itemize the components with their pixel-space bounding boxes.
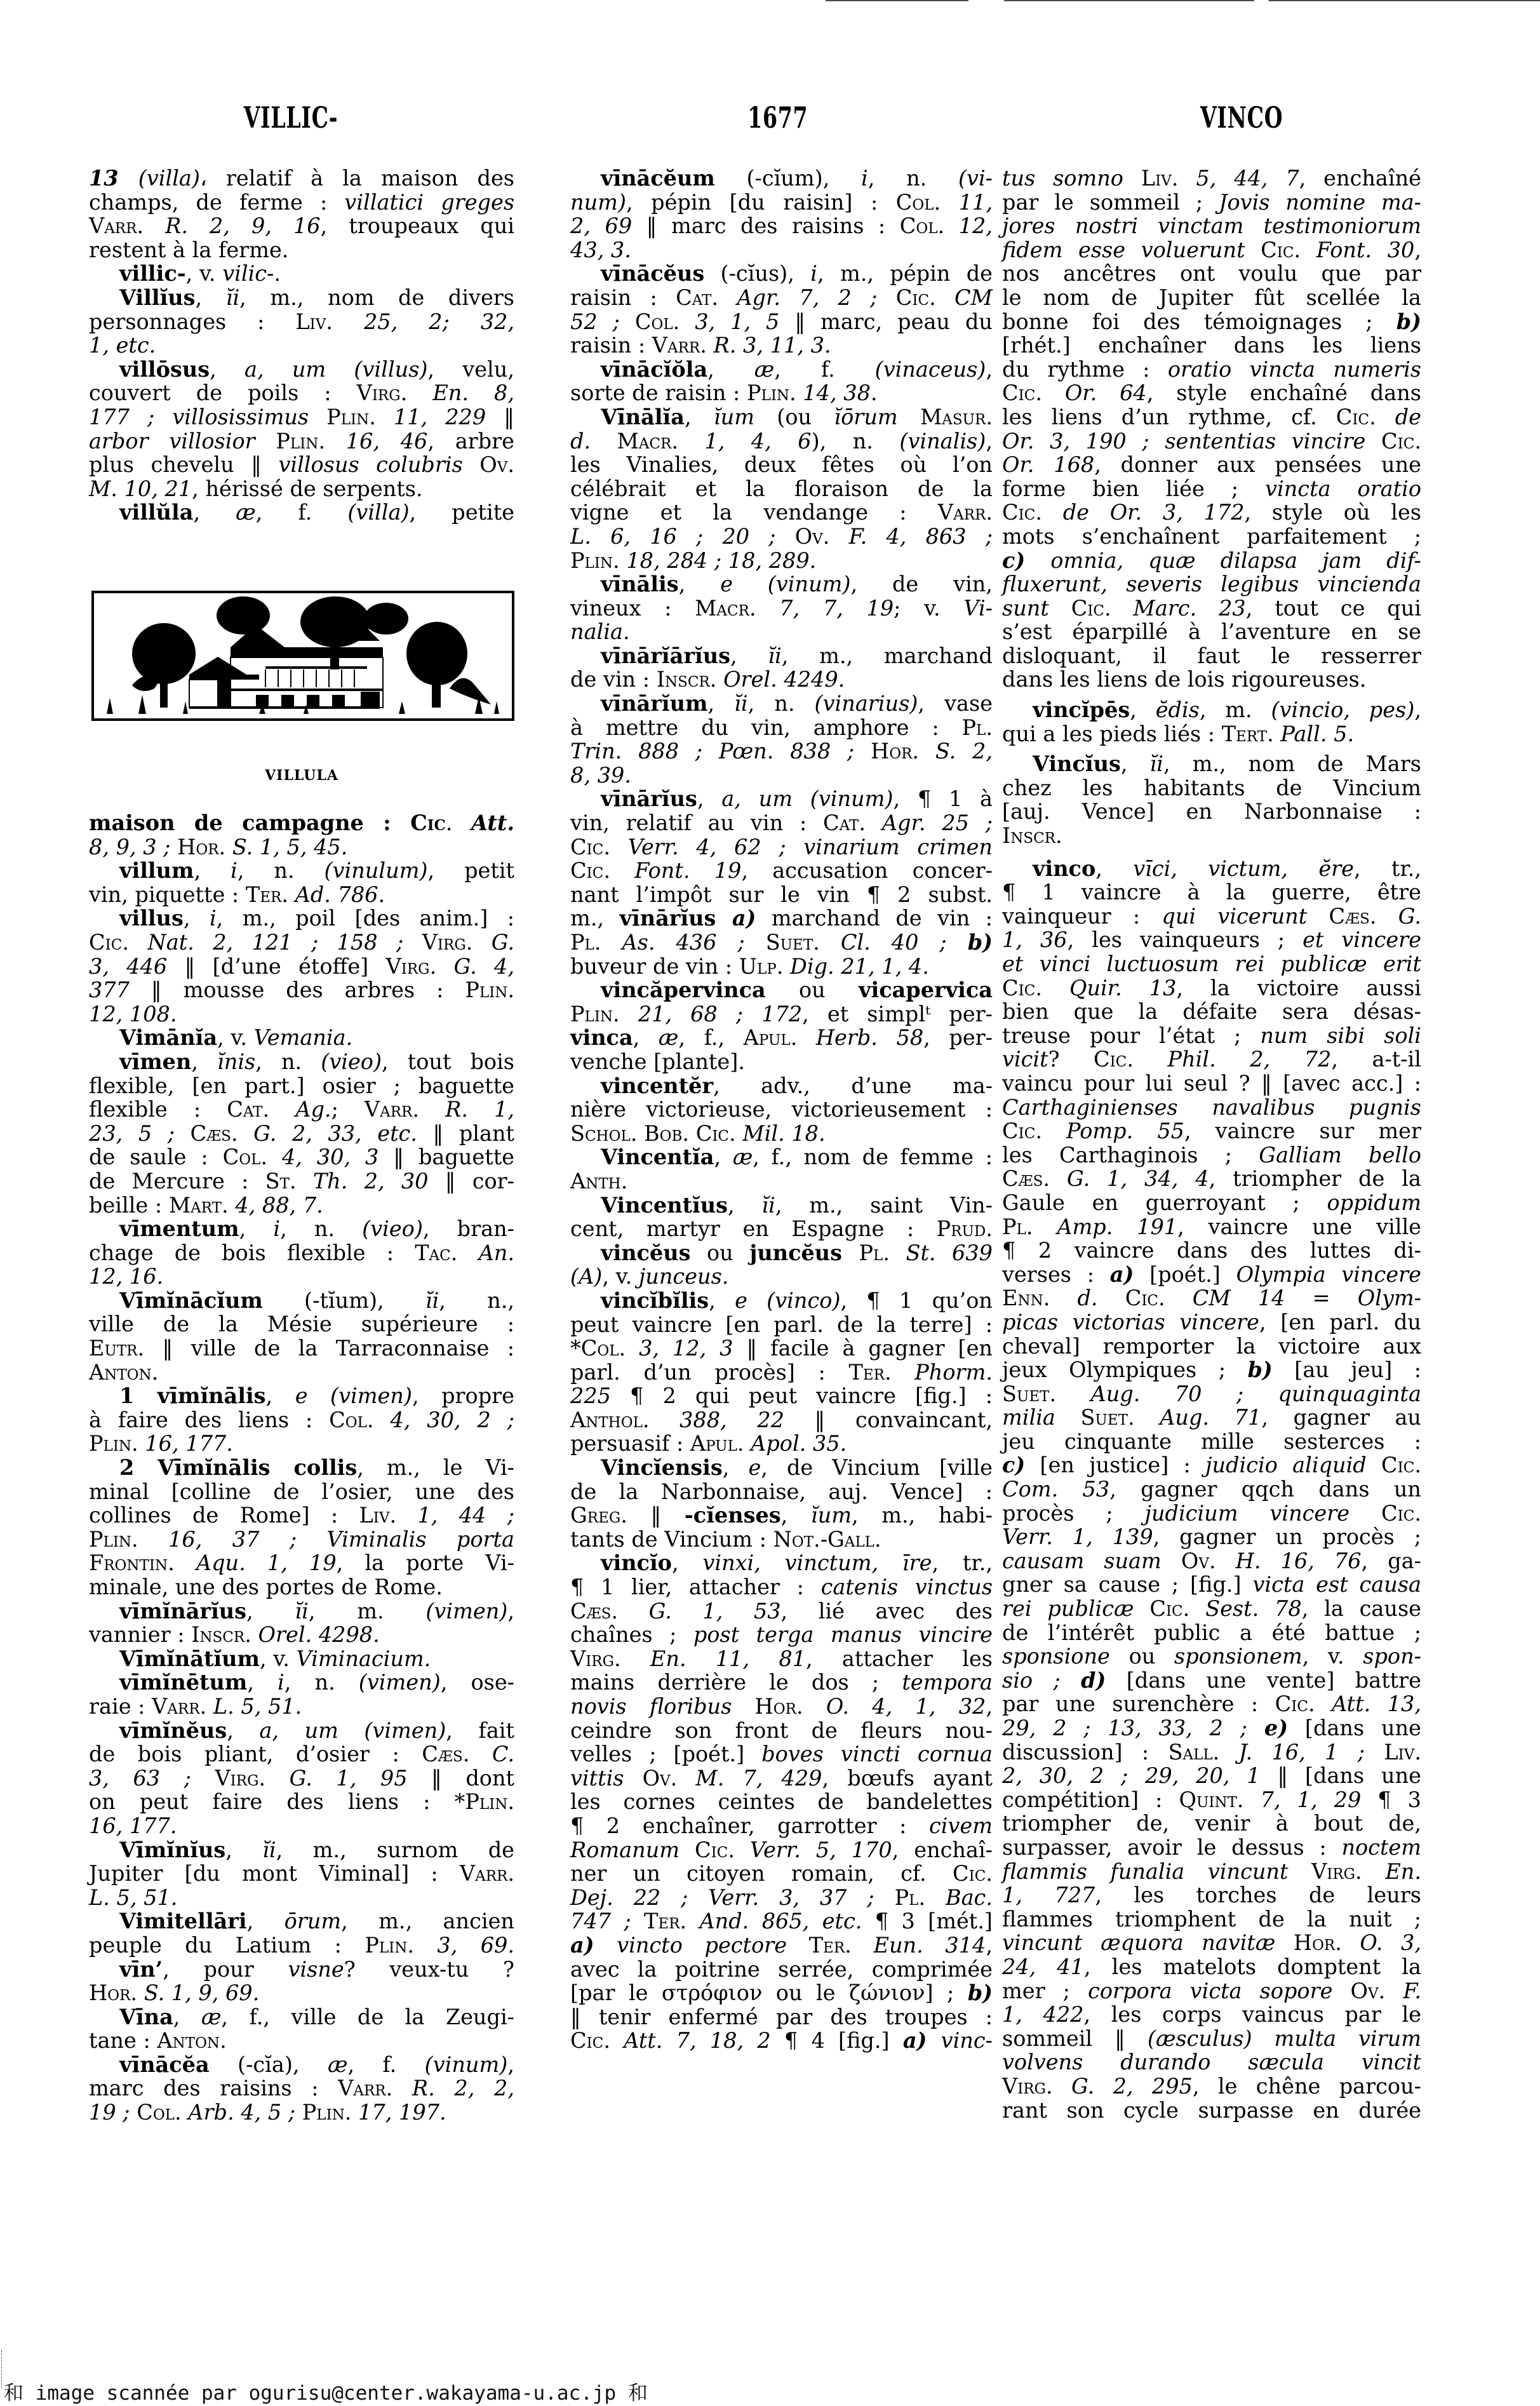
italic-citation: Att. 13, [1332,1691,1421,1716]
text-run: , [191,1049,217,1074]
text-run: . [791,1025,816,1050]
headword: vincĭo [601,1550,672,1575]
text-run: , accusation concer- [741,858,993,883]
italic-citation: de [1395,405,1421,429]
text-run: , [697,786,721,811]
text-run: ‖ tenir enfermé par des troupes : [570,2005,993,2029]
author-abbreviation: Liv [1141,166,1172,191]
text-run: , [193,500,236,525]
headword: b) [1396,309,1421,334]
author-abbreviation: Suet [1080,1405,1127,1430]
italic-citation: volvens durando sæcula vincit [1002,2050,1421,2074]
text-run: . [345,2100,358,2125]
text-run: , [266,1383,295,1408]
text-run: , a-t-il [1331,1047,1421,1072]
entry-line: tants de Vincium : Not.-Gall. [570,1528,993,1552]
entry-line: ¶ 1 lier, attacher : catenis vinctus [570,1575,993,1599]
entry-line: chaînes ; post terga manus vincire [570,1623,993,1647]
author-abbreviation: Cic [1002,380,1035,405]
italic-citation: Viminacium. [297,1646,431,1671]
italic-citation: Dej. 22 ; Verr. 3, 37 ; [570,1885,895,1910]
text-run: à mettre du vin, amphore : [570,715,962,740]
italic-citation: 1, 4, 6 [704,429,811,454]
italic-citation: rei publicæ [1002,1596,1149,1621]
text-run: ‖ plant [417,1121,514,1146]
text-run: , [246,1599,295,1623]
text-run: . [386,2076,412,2100]
entry-line: Eutr. ‖ ville de la Tarraconnaise : [89,1336,514,1361]
italic-citation: sunt [1002,596,1071,621]
text-run: . [290,1169,313,1193]
text-run: , [1095,856,1133,881]
author-abbreviation: Not.-Gall [773,1527,874,1552]
headword: vīnārĭārĭus [601,643,730,668]
headword: a) [903,2028,941,2053]
author-abbreviation: Cat [823,810,859,835]
italic-citation: Arb. 4, 5 ; [188,2100,302,2125]
text-run: persuasif : [570,1431,690,1456]
text-run: . [507,978,514,1002]
entry-headline: vīnārĭum, ĭi, n. (vinarius), vase [570,692,993,716]
text-run: de la Narbonnaise, auj. Vence] : [570,1479,993,1504]
entry-line: Schol. Bob. Cic. Mil. 18. [570,1122,993,1146]
text-run: forme bien liée ; [1002,476,1265,501]
text-run: ‖ [d’une étoffe] [167,954,385,979]
entry-line: collines de Rome] : Liv. 1, 44 ; [89,1503,514,1528]
italic-citation: Com. 53 [1002,1477,1109,1502]
headword: c) [1002,548,1050,573]
entry-headline: vīmĭnārĭus, ĭi, m. (vimen), [89,1599,514,1623]
headword: vinca [570,1025,633,1050]
scan-edge-mark [1,2350,3,2388]
headword: villŭla [119,500,193,525]
entry-line: 2, 30, 2 ; 29, 20, 1 ‖ [dans une [1002,1764,1421,1788]
text-run: . [671,1766,696,1791]
text-run: . [613,1002,638,1026]
headword: vīnācĕus [601,261,704,286]
text-run: raie : [89,1694,152,1719]
text-run: , v. [186,261,223,286]
author-abbreviation: Greg [570,1503,620,1528]
italic-citation: Font. 30 [1316,238,1415,262]
text-run: , ¶ 1 qu’on [840,1288,993,1313]
text-run: , [239,1216,274,1241]
entry-headline: vinco, vīci, victum, ĕre, tr., [1002,857,1421,881]
text-run: ‖ marc, peau du [779,309,993,334]
text-run: , [1121,751,1150,776]
text-run: ? [1048,1047,1094,1072]
author-abbreviation: Cæs [1329,904,1369,929]
text-run: , [194,858,231,883]
text-run: , m. [309,1599,426,1623]
entry-line: Cic. de Or. 3, 172, style où les [1002,501,1421,525]
text-run: . [1043,1286,1078,1310]
text-run: ¶ 1 vaincre à la guerre, être [1002,880,1421,904]
headword: vincĭpēs [1033,697,1130,722]
text-run: de l’intérêt public a été battue ; [1002,1620,1421,1645]
italic-citation: de Or. 3, 172 [1063,500,1245,525]
text-run: ‖ [486,405,514,429]
italic-citation: L. 5, 51. [213,1694,302,1719]
text-run: . [613,548,626,573]
italic-citation: An. [479,1240,514,1265]
author-abbreviation: Hor [871,739,912,763]
entry-headline: Vimānĭa, v. Vemania. [89,1026,514,1050]
entry-line: Pl. Amp. 191, vaincre une ville [1002,1215,1421,1239]
text-run: (ou [754,405,834,429]
entry-line: verses : a) [poét.] Olympia vincere [1002,1263,1421,1287]
entry-line: de bois pliant, d’osier : Cæs. C. [89,1742,514,1766]
italic-citation: M. 10, 21 [89,476,192,501]
italic-citation: 8, 9, 3 ; [89,835,177,859]
italic-citation: Verr. 4, 62 ; vinarium crimen [628,835,993,859]
italic-citation: 3, 12, 3 [639,1336,733,1361]
headword: c) [1002,1453,1025,1477]
italic-citation: (vinum) [425,2052,508,2077]
text-run: , petit [428,858,515,883]
entry-line: sunt Cic. Marc. 23, tout ce qui [1002,596,1421,621]
italic-citation: a, um (villus) [244,357,427,382]
text-run: , bœufs ayant [822,1766,993,1791]
italic-citation: Trin. 888 ; Pœn. 838 ; [570,739,871,763]
entry-line: Plin. 18, 284 ; 18, 289. [570,549,993,573]
author-abbreviation: Col [137,2100,175,2125]
entry-line: c) [en justice] : judicio aliquid Cic. [1002,1453,1421,1477]
entry-line: *Col. 3, 12, 3 ‖ facile à gagner [en [570,1336,993,1361]
text-run: vineux : [570,596,695,621]
text-run: . [986,405,993,429]
entry-line: qui a les pieds liés : Tert. Pall. 5. [1002,722,1421,746]
text-run: [par le στρόφιον ou le ζώνιον] ; [570,1980,968,2005]
text-run: . [1035,380,1064,405]
text-run: , attacher les [806,1646,993,1671]
entry-line: nalia. [570,620,993,644]
text-run: surpasser, avoir le dessus : [1002,1835,1341,1860]
entry-line: Hor. S. 1, 9, 69. [89,1981,514,2005]
text-run: . [603,835,627,859]
author-abbreviation: Varr [338,2076,385,2100]
italic-citation: sponsione [1002,1644,1110,1669]
italic-citation: St. 639 [906,1240,993,1265]
italic-citation: i [231,858,238,883]
italic-citation: Jovis nomine ma- [1219,190,1421,215]
italic-citation: Verr. 1, 139 [1002,1524,1153,1549]
text-run: , la porte Vi- [337,1550,514,1575]
entry-line: nos ancêtres ont voulu que par [1002,262,1421,286]
text-run: les Vinalies, deux fêtes où l’on [570,452,993,477]
author-abbreviation: Col [581,1336,619,1361]
author-abbreviation: Enn [1002,1286,1043,1310]
text-run: , n. [285,1670,359,1695]
text-run: peuple du Latium : [89,1933,365,1958]
text-run: de bois pliant, d’osier : [89,1742,422,1766]
scan-edge-line [826,0,1540,1]
headword: vīnācĭŏla [601,357,707,382]
entry-line: Virg. G. 2, 295, le chêne parcou- [1002,2074,1421,2099]
headword: Vīnālĭa [601,405,685,429]
entry-line: bonne foi des témoignages ; b) [1002,310,1421,334]
text-run: . [430,954,454,979]
author-abbreviation: Plin [747,380,789,405]
italic-citation: ĭi [1150,751,1163,776]
entry-line: (A), v. junceus. [570,1265,993,1289]
entry-line: 8, 39. [570,763,993,788]
italic-citation: L. 5, 51. [89,1885,177,1910]
entry-line: Cæs. G. 1, 34, 4, triompher de la [1002,1167,1421,1191]
text-run: ¶ 2 qui peut vaincre [fig.] : [611,1383,993,1408]
entry-headline: vincĭo, vinxi, vinctum, īre, tr., [570,1551,993,1575]
entry-line: bien que la défaite sera désas- [1002,1000,1421,1024]
italic-citation: vinxi, vinctum, īre [702,1550,932,1575]
text-run: , vaincre sur mer [1184,1119,1421,1143]
italic-citation: 1, 36 [1002,927,1068,952]
text-run: . [912,739,935,763]
italic-citation: 21, 68 ; 172 [638,1002,802,1026]
italic-citation: vincunt æquora navitæ [1002,1930,1294,1955]
text-run: , tr., [932,1550,993,1575]
headword: b) [968,1980,993,2005]
entry-line: 12, 16. [89,1265,514,1289]
entry-line: les cornes ceintes de bandelettes [570,1790,993,1814]
entry-headline: vincĭpēs, ĕdis, m. (vincio, pes), [1002,698,1421,722]
text-run: . [131,1431,145,1456]
text-run: vin, relatif au vin : [570,810,823,835]
entry-line: mer ; corpora victa sopore Ov. F. [1002,1979,1421,2003]
italic-citation: num sibi soli [1260,1023,1421,1048]
entry-line: fluxerunt, severis legibus vincienda [1002,572,1421,596]
italic-citation: i [210,906,217,931]
headword: vīmĭnārĭus [119,1599,246,1623]
italic-citation: Amp. 191 [1057,1214,1177,1239]
italic-citation: 1, etc. [89,333,156,358]
text-run: , m., nom de Mars [1163,751,1421,776]
headword: vīnālis [601,572,679,596]
entry-headline: vīmen, ĭnis, n. (vieo), tout bois [89,1050,514,1074]
italic-citation: ĭum [811,1503,852,1528]
text-run: , hérissé de serpents. [192,476,422,501]
italic-citation: a, um (vimen) [259,1718,446,1743]
text-run: . [1035,1119,1066,1143]
text-run: . [934,190,959,215]
author-abbreviation: Varr [652,333,700,358]
author-abbreviation: Virg [570,1646,614,1671]
text-run: , n., [439,1288,514,1313]
entry-line: 13 (villa)، relatif à la maison des [89,166,514,191]
text-run: , les vainqueurs ; [1068,927,1302,952]
text-run: ; [331,1097,365,1122]
author-abbreviation: Plin [570,1002,613,1026]
entry-headline: vīnācĕa (-cĭa), æ, f. (vinum), [89,2053,514,2077]
text-run: jeu cinquante mille sesterces : [1002,1429,1421,1454]
entry-line: minale, une des portes de Rome. [89,1575,514,1599]
italic-citation: Or. 3, 190 ; sententias vincire [1002,429,1381,454]
text-run: [dans une [1288,1716,1421,1740]
entry-line: Cæs. G. 1, 53, lié avec des [570,1599,993,1623]
text-run: . [220,2028,227,2053]
entry-line: rei publicæ Cic. Sest. 78, la cause [1002,1597,1421,1621]
entry-line: volvens durando sæcula vincit [1002,2050,1421,2074]
entry-line: maison de campagne : Cic. Att. [89,811,514,835]
italic-citation: (vinulum) [325,858,428,883]
text-run: . [122,930,147,955]
entry-line: Cic. Pomp. 55, vaincre sur mer [1002,1119,1421,1143]
entry-line: on peut faire des liens : *Plin. [89,1790,514,1814]
text-run: . [710,667,723,692]
italic-citation: junceus. [639,1264,729,1289]
italic-citation: i [861,166,868,191]
entry-line: couvert de poils : Virg. En. 8, [89,381,514,405]
italic-citation: G. 1, 53 [649,1599,781,1623]
entry-line: dans les liens de lois rigoureuses. [1002,668,1421,692]
text-run: , m., pépin de [817,261,993,286]
text-run: . [1414,1453,1421,1477]
italic-citation: æ [236,500,256,525]
entry-headline: vīmĭnētum, i, n. (vimen), ose- [89,1670,514,1695]
entry-line: vin, relatif au vin : Cat. Agr. 25 ; [570,811,993,835]
text-run: , velu, [427,357,514,382]
entry-line: parl. d’un procès] : Ter. Phorm. [570,1361,993,1385]
entry-headline: Vincentĭa, æ, f., nom de femme : [570,1145,993,1169]
text-run: . [986,1861,993,1886]
italic-citation: Ad. 786. [295,882,385,907]
text-run: , troupeaux qui [321,213,514,238]
author-abbreviation: Inscr [191,1622,244,1647]
entry-line: rant son cycle surpasse en durée [1002,2099,1421,2123]
text-run: champs, de ferme : [89,190,344,215]
entry-line: 8, 9, 3 ; Hor. S. 1, 5, 45. [89,835,514,859]
author-abbreviation: Pl [1002,1214,1026,1239]
author-abbreviation: Suet [1002,1381,1049,1406]
italic-citation: 5, 44, 7 [1196,166,1299,191]
italic-citation: i [278,1670,285,1695]
headword: Vincentĭa [601,1145,714,1169]
italic-citation: 7, 7, 19 [779,596,894,621]
text-run: (-cĭa), [210,2052,328,2077]
entry-line: Enn. d. Cic. CM 14 = Olym- [1002,1286,1421,1310]
italic-citation: Aqu. 1, 19 [196,1550,337,1575]
text-run: , gagner un procès ; [1153,1524,1421,1549]
text-run: . [1035,500,1062,525]
entry-headline: Villĭus, ĭi, m., nom de divers [89,286,514,310]
text-run: . [1414,1501,1421,1526]
author-abbreviation: Cic [1002,976,1035,1000]
italic-citation: 2, 30, 2 ; 29, 20, 1 [1002,1763,1261,1788]
italic-citation: (vinarius) [815,691,918,716]
text-run: ‖ [dans une [1261,1763,1421,1788]
entry-line: ¶ 2 enchaîner, garrotter : civem [570,1814,993,1838]
author-abbreviation: Col [635,309,673,334]
text-run: ‖ dont [408,1766,514,1791]
italic-citation: et vinci luctuosum rei publicæ erit [1002,951,1421,976]
italic-citation: boves vincti cornua [761,1742,993,1766]
text-run: . [401,380,433,405]
headword: Vimitellāri [119,1909,247,1933]
italic-citation: num) [570,190,626,215]
author-abbreviation: Cic [1275,1691,1308,1716]
italic-citation: O. 3, [1360,1930,1421,1955]
text-run: ? veux-tu ? [344,1957,514,1982]
italic-citation: S. 1, 9, 69. [144,1980,260,2005]
italic-citation: Aug. 70 ; quinquaginta [1091,1381,1421,1406]
italic-citation: 16, 177. [89,1813,177,1838]
author-abbreviation: Hor [1294,1930,1335,1955]
text-run: sorte de raisin : [570,380,747,405]
entry-line: Or. 168, donner aux pensées une [1002,453,1421,477]
entry-headline: villum, i, n. (vinulum), petit [89,859,514,883]
entry-line: champs, de ferme : villatici greges [89,191,514,215]
text-run: . [1209,1549,1236,1573]
headword: Villĭus [119,285,196,310]
text-run: flammes triomphent de la nuit ; [1002,1907,1421,1932]
headword: b) [968,930,993,955]
author-abbreviation: Pl [962,715,986,740]
italic-citation: (vieo) [321,1049,382,1074]
italic-citation: omnia, quæ dilapsa jam dif- [1050,548,1421,573]
italic-citation: Agr. 25 ; [882,810,993,835]
text-run: . [1335,1930,1360,1955]
italic-citation: villosus colubris [278,452,479,477]
text-run: . [244,1622,258,1647]
entry-line: 377 ‖ mousse des arbres : Plin. [89,978,514,1002]
entry-line: nant l’impôt sur le vin ¶ 2 subst. [570,883,993,907]
entry-line: Varr. R. 2, 9, 16, troupeaux qui [89,214,514,238]
italic-citation: vīci, victum, ĕre [1133,856,1354,881]
entry-line: 1, 422, les corps vaincus par le [1002,2003,1421,2027]
text-run: . [507,1789,514,1814]
entry-line: du rythme : oratio vincta numeris [1002,358,1421,382]
entry-line: novis floribus Hor. O. 4, 1, 32, [570,1695,993,1719]
author-abbreviation: Virg [215,1766,258,1791]
italic-citation: G. [492,930,514,955]
text-run: . [507,1861,514,1886]
entry-line: Cic. Font. 19, accusation concer- [570,859,993,883]
entry-line: peuple du Latium : Plin. 3, 69. [89,1933,514,1958]
text-run: . [813,930,841,955]
entry-line: 3, 63 ; Virg. G. 1, 95 ‖ dont [89,1766,514,1791]
headword: vīn’ [119,1957,163,1982]
entry-line: Virg. En. 11, 81, attacher les [570,1647,993,1671]
author-abbreviation: Plin [326,405,369,429]
italic-citation: villatici greges [344,190,514,215]
text-run: . [367,1408,391,1432]
text-run: , vaincre une ville [1177,1214,1421,1239]
text-run: , style enchaîné dans [1147,380,1421,405]
text-run: . [274,261,281,286]
italic-citation: ĭōrum [834,405,920,429]
entry-line: 19 ; Col. Arb. 4, 5 ; Plin. 17, 197. [89,2100,514,2125]
entry-line: num), pépin [du raisin] : Col. 11, [570,191,993,215]
text-run: . [1213,1740,1239,1764]
entry-line: persuasif : Apul. Apol. 35. [570,1432,993,1456]
text-run: collines de Rome] : [89,1503,359,1528]
text-run: par une surenchère : [1002,1691,1275,1716]
text-run: . [619,1336,639,1361]
entry-headline: vincĕus ou juncĕus Pl. St. 639 [570,1241,993,1265]
author-abbreviation: Cæs [1002,1166,1043,1191]
entry-line: forme bien liée ; vincta oratio [1002,477,1421,501]
italic-citation: 12, 16. [89,1264,163,1289]
entry-line: Anth. [570,1169,993,1193]
entry-line: mains derrière le dos ; tempora [570,1670,993,1695]
text-run: ), n. [812,429,900,454]
text-run: cent, martyr en Espagne : [570,1216,937,1241]
entry-line: les liens d’un rythme, cf. Cic. de [1002,405,1421,429]
text-run: ou [1110,1644,1174,1669]
entry-line: marc des raisins : Varr. R. 2, 2, [89,2076,514,2100]
text-run: de vin : [570,667,657,692]
author-abbreviation: Cic [1125,1286,1158,1310]
text-run: ¶ 2 vaincre dans des luttes di- [1002,1238,1421,1263]
